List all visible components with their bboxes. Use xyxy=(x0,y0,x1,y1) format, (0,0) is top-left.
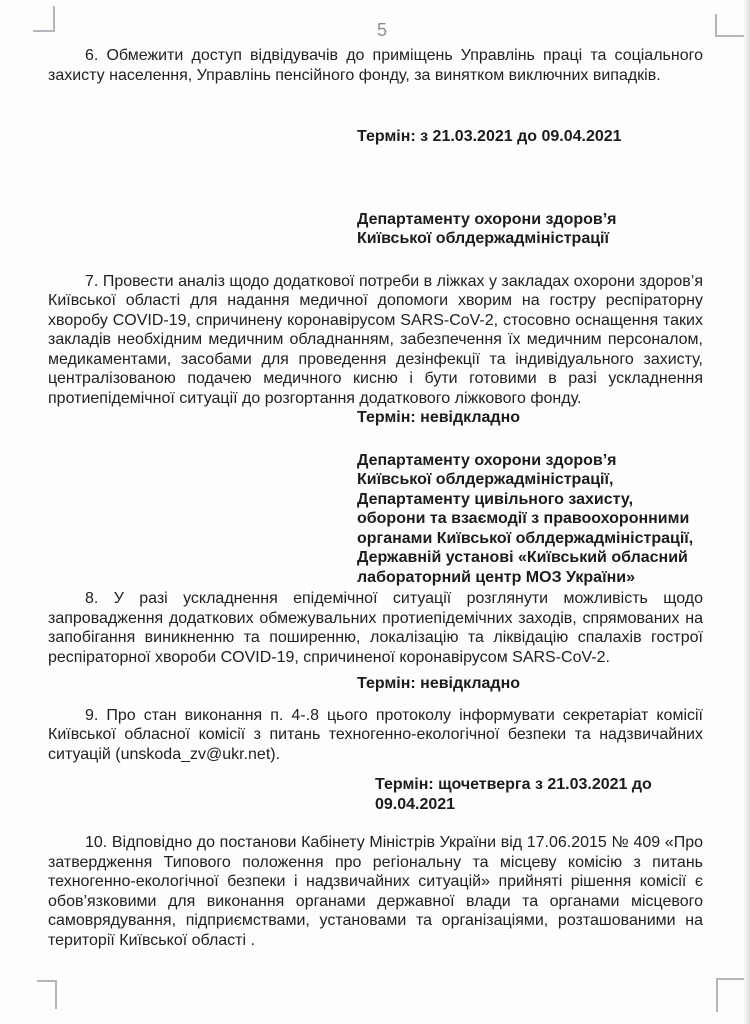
crop-mark-bottom-right xyxy=(716,978,744,1012)
crop-mark-bottom-left xyxy=(37,980,57,1009)
addressee-block-2: Департаменту охорони здоров’я Київської … xyxy=(357,451,703,588)
term-line-3: Термін: невідкладно xyxy=(357,674,703,694)
document-page: 5 6. Обмежити доступ відвідувачів до при… xyxy=(0,0,750,1024)
paragraph-item-10: 10. Відповідно до постанови Кабінету Мін… xyxy=(48,833,703,950)
scan-edge-shadow xyxy=(743,0,750,1024)
term-line-4: Термін: щочетверга з 21.03.2021 до 09.04… xyxy=(375,775,703,814)
addressee-block-1: Департаменту охорони здоров’я Київської … xyxy=(357,210,703,249)
crop-mark-top-right xyxy=(715,14,744,37)
document-content: 6. Обмежити доступ відвідувачів до примі… xyxy=(48,0,703,950)
paragraph-item-8: 8. У разі ускладнення епідемічної ситуац… xyxy=(48,589,703,667)
crop-mark-top-left xyxy=(33,6,55,32)
term-line-1: Термін: з 21.03.2021 до 09.04.2021 xyxy=(357,127,703,147)
paragraph-item-6: 6. Обмежити доступ відвідувачів до примі… xyxy=(48,46,703,85)
paragraph-item-9: 9. Про стан виконання п. 4-.8 цього прот… xyxy=(48,706,703,765)
term-line-2: Термін: невідкладно xyxy=(357,408,703,428)
paragraph-item-7: 7. Провести аналіз щодо додаткової потре… xyxy=(48,272,703,409)
